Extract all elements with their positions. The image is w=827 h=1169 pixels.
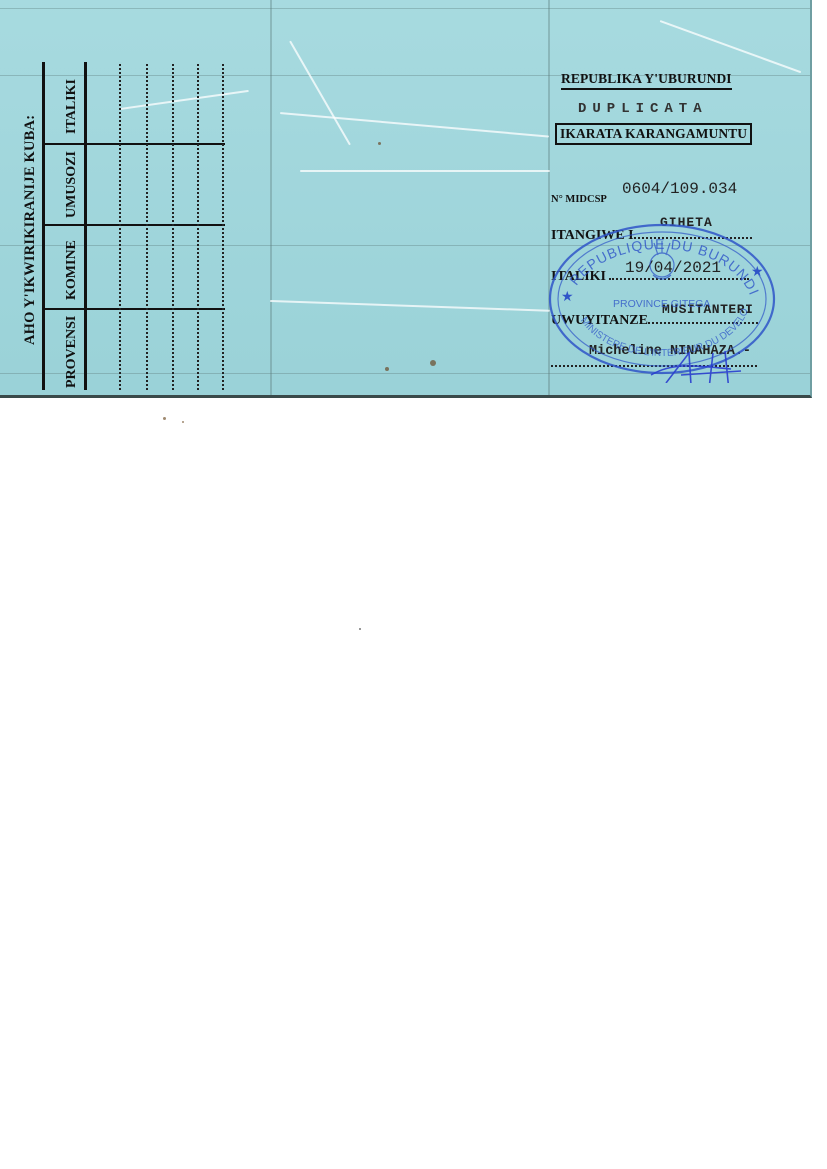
crease <box>270 300 550 312</box>
fold-line <box>0 245 810 246</box>
column-header-komine: KOMINE <box>64 240 80 300</box>
table-entry-line <box>197 64 199 390</box>
table-entry-line <box>172 64 174 390</box>
table-border <box>42 62 45 390</box>
duplicate-mark: DUPLICATA <box>578 101 708 117</box>
table-border <box>84 62 87 390</box>
column-header-umusozi: UMUSOZI <box>64 151 80 218</box>
crease <box>280 112 549 138</box>
crease <box>289 41 351 146</box>
card-number: 0604/109.034 <box>622 180 737 198</box>
fold-line <box>0 8 810 9</box>
scan-speck <box>359 628 361 630</box>
stamp-star-icon: ★ <box>751 265 764 280</box>
signatory-title: MUSITANTERI <box>662 302 753 317</box>
stain <box>430 360 436 366</box>
scan-speck <box>163 417 166 420</box>
scan-speck <box>182 421 184 423</box>
table-entry-line <box>222 64 224 390</box>
fold-line <box>548 0 550 395</box>
number-label: N° MIDCSP <box>551 191 607 207</box>
stain <box>385 367 389 371</box>
fold-line <box>0 373 810 374</box>
crease <box>660 20 802 73</box>
registration-heading: AHO Y'IKWIRIKIRANIJE KUBA: <box>22 45 39 345</box>
column-header-italiki: ITALIKI <box>64 79 80 134</box>
issue-date: 19/04/2021 <box>625 259 721 277</box>
table-entry-line <box>146 64 148 390</box>
crease <box>120 90 249 110</box>
stain <box>378 142 381 145</box>
card-title: IKARATA KARANGAMUNTU <box>555 123 752 145</box>
table-entry-line <box>119 64 121 390</box>
signatory-name-line <box>551 356 757 372</box>
issued-at-value: GIHETA <box>660 215 713 230</box>
id-card-scan: AHO Y'IKWIRIKIRANIJE KUBA: PROVENSI KOMI… <box>0 0 812 398</box>
crease <box>300 170 550 172</box>
issued-at-field: ITANGIWE I <box>551 228 752 244</box>
column-header-provensi: PROVENSI <box>64 316 80 388</box>
country-heading: REPUBLIKA Y'UBURUNDI <box>561 71 732 90</box>
fold-line <box>270 0 272 395</box>
stamp-star-icon: ★ <box>561 290 574 305</box>
